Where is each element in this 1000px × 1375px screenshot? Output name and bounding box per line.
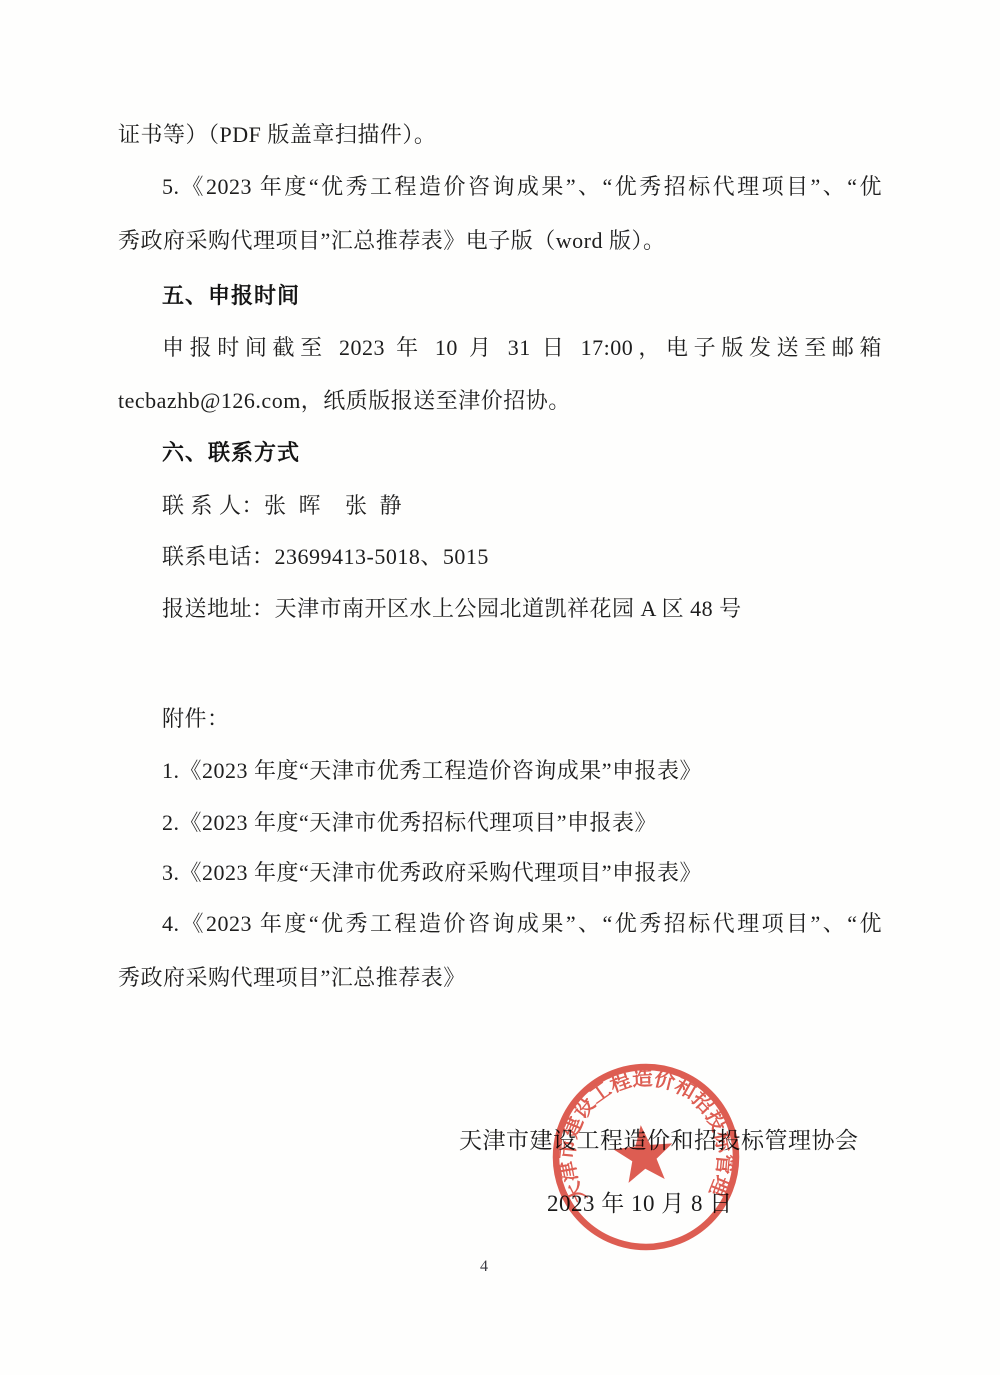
attachment-item: 4.《2023 年度“优秀工程造价咨询成果”、“优秀招标代理项目”、“优: [118, 909, 882, 939]
contact-person: 联 系 人：张 晖 张 静: [118, 491, 882, 521]
attachments-label: 附件：: [118, 704, 882, 734]
doc-line: 5.《2023 年度“优秀工程造价咨询成果”、“优秀招标代理项目”、“优: [118, 172, 882, 202]
official-seal-stamp: 天津市建设工程造价和招投标管理协会: [549, 1060, 743, 1254]
document-page: 证书等）（PDF 版盖章扫描件）。 5.《2023 年度“优秀工程造价咨询成果”…: [0, 0, 1000, 1375]
attachment-item: 秀政府采购代理项目”汇总推荐表》: [118, 963, 882, 993]
doc-line: 申报时间截至 2023 年 10 月 31 日 17:00，电子版发送至邮箱: [118, 333, 882, 363]
page-number: 4: [480, 1258, 488, 1276]
attachment-item: 2.《2023 年度“天津市优秀招标代理项目”申报表》: [118, 808, 882, 838]
signature-org: 天津市建设工程造价和招投标管理协会: [459, 1122, 859, 1155]
doc-line: 证书等）（PDF 版盖章扫描件）。: [118, 120, 882, 150]
attachment-item: 1.《2023 年度“天津市优秀工程造价咨询成果”申报表》: [118, 756, 882, 786]
section-heading: 五、申报时间: [118, 281, 882, 311]
section-heading: 六、联系方式: [118, 438, 882, 468]
attachment-item: 3.《2023 年度“天津市优秀政府采购代理项目”申报表》: [118, 858, 882, 888]
doc-line: 秀政府采购代理项目”汇总推荐表》电子版（word 版）。: [118, 226, 882, 256]
seal-ring: [556, 1067, 736, 1247]
contact-address: 报送地址：天津市南开区水上公园北道凯祥花园 A 区 48 号: [118, 594, 882, 624]
contact-phone: 联系电话：23699413-5018、5015: [118, 542, 882, 572]
signature-date: 2023 年 10 月 8 日: [547, 1185, 733, 1218]
doc-line: tecbazhb@126.com，纸质版报送至津价招协。: [118, 386, 882, 416]
